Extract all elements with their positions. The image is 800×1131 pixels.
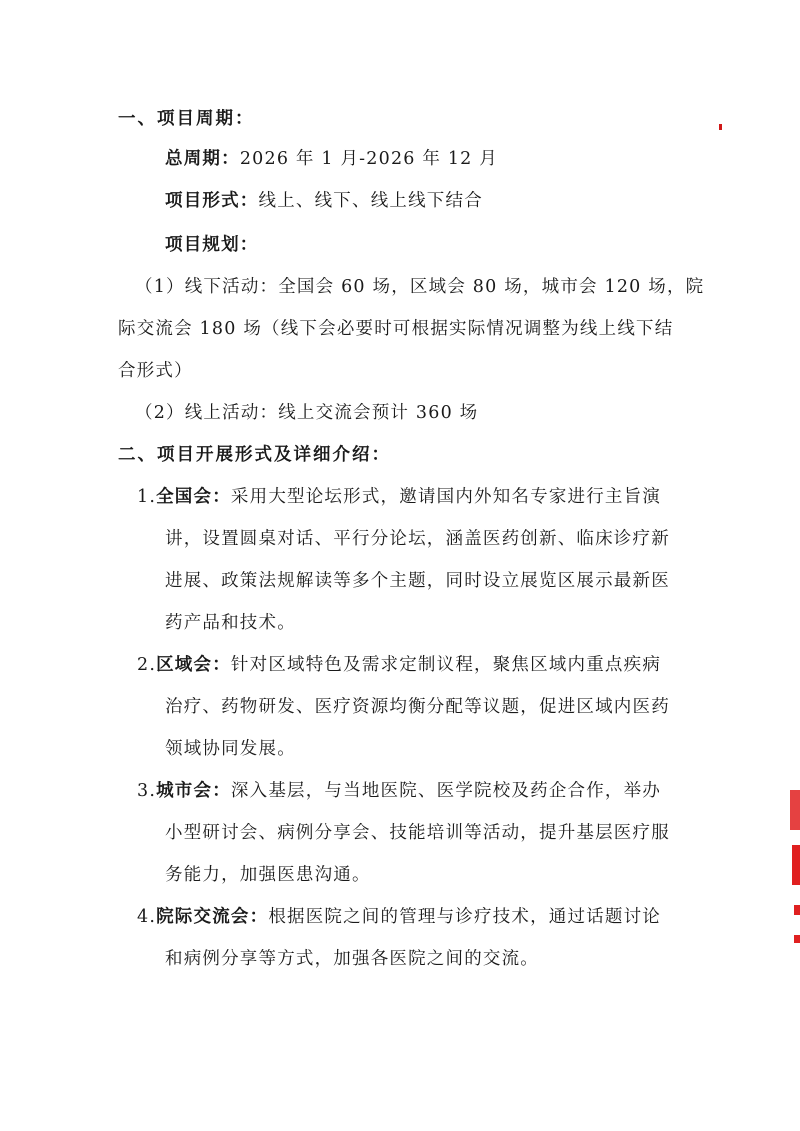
period-row: 总周期：2026 年 1 月-2026 年 12 月	[165, 148, 498, 170]
item-national-line-3: 进展、政策法规解读等多个主题，同时设立展览区展示最新医	[165, 570, 670, 592]
document-page: 一、项目周期： 总周期：2026 年 1 月-2026 年 12 月 项目形式：…	[0, 0, 800, 1131]
item-city-line-2: 小型研讨会、病例分享会、技能培训等活动，提升基层医疗服	[165, 822, 670, 844]
item-number: 4.	[137, 907, 156, 927]
item-text: 采用大型论坛形式，邀请国内外知名专家进行主旨演	[231, 487, 661, 507]
section2-heading: 二、项目开展形式及详细介绍：	[118, 444, 391, 466]
section1-heading: 一、项目周期：	[118, 108, 255, 130]
item-regional-line-2: 治疗、药物研发、医疗资源均衡分配等议题，促进区域内医药	[165, 696, 670, 718]
form-row: 项目形式：线上、线下、线上线下结合	[165, 190, 483, 212]
item-number: 2.	[137, 655, 156, 675]
offline-line-3: 合形式）	[118, 360, 193, 382]
item-national-line-1: 1.全国会：采用大型论坛形式，邀请国内外知名专家进行主旨演	[137, 486, 661, 508]
period-value: 2026 年 1 月-2026 年 12 月	[240, 149, 498, 169]
online-line: （2）线上活动：线上交流会预计 360 场	[135, 402, 478, 424]
plan-label: 项目规划：	[165, 234, 259, 256]
item-number: 3.	[137, 781, 156, 801]
stamp-edge-icon	[792, 845, 800, 885]
item-national-line-2: 讲，设置圆桌对话、平行分论坛，涵盖医药创新、临床诊疗新	[165, 528, 670, 550]
item-title: 院际交流会：	[156, 907, 268, 927]
stamp-edge-icon	[790, 790, 800, 830]
item-regional-line-3: 领域协同发展。	[165, 738, 296, 760]
item-national-line-4: 药产品和技术。	[165, 612, 296, 634]
stamp-mark-icon	[719, 124, 722, 130]
form-label: 项目形式：	[165, 191, 259, 211]
offline-line-1: （1）线下活动：全国会 60 场，区域会 80 场，城市会 120 场，院	[135, 276, 704, 298]
item-regional-line-1: 2.区域会：针对区域特色及需求定制议程，聚焦区域内重点疾病	[137, 654, 661, 676]
form-value: 线上、线下、线上线下结合	[259, 191, 483, 211]
item-title: 城市会：	[156, 781, 231, 801]
item-title: 区域会：	[156, 655, 231, 675]
item-title: 全国会：	[156, 487, 231, 507]
stamp-edge-icon	[794, 935, 800, 943]
item-city-line-1: 3.城市会：深入基层，与当地医院、医学院校及药企合作，举办	[137, 780, 661, 802]
item-number: 1.	[137, 487, 156, 507]
item-city-line-3: 务能力，加强医患沟通。	[165, 864, 371, 886]
item-hospital-line-2: 和病例分享等方式，加强各医院之间的交流。	[165, 948, 539, 970]
item-text: 针对区域特色及需求定制议程，聚焦区域内重点疾病	[231, 655, 661, 675]
stamp-edge-icon	[794, 905, 800, 915]
period-label: 总周期：	[165, 149, 240, 169]
item-hospital-line-1: 4.院际交流会：根据医院之间的管理与诊疗技术，通过话题讨论	[137, 906, 661, 928]
offline-line-2: 际交流会 180 场（线下会必要时可根据实际情况调整为线上线下结	[118, 318, 673, 340]
item-text: 根据医院之间的管理与诊疗技术，通过话题讨论	[268, 907, 661, 927]
item-text: 深入基层，与当地医院、医学院校及药企合作，举办	[231, 781, 661, 801]
